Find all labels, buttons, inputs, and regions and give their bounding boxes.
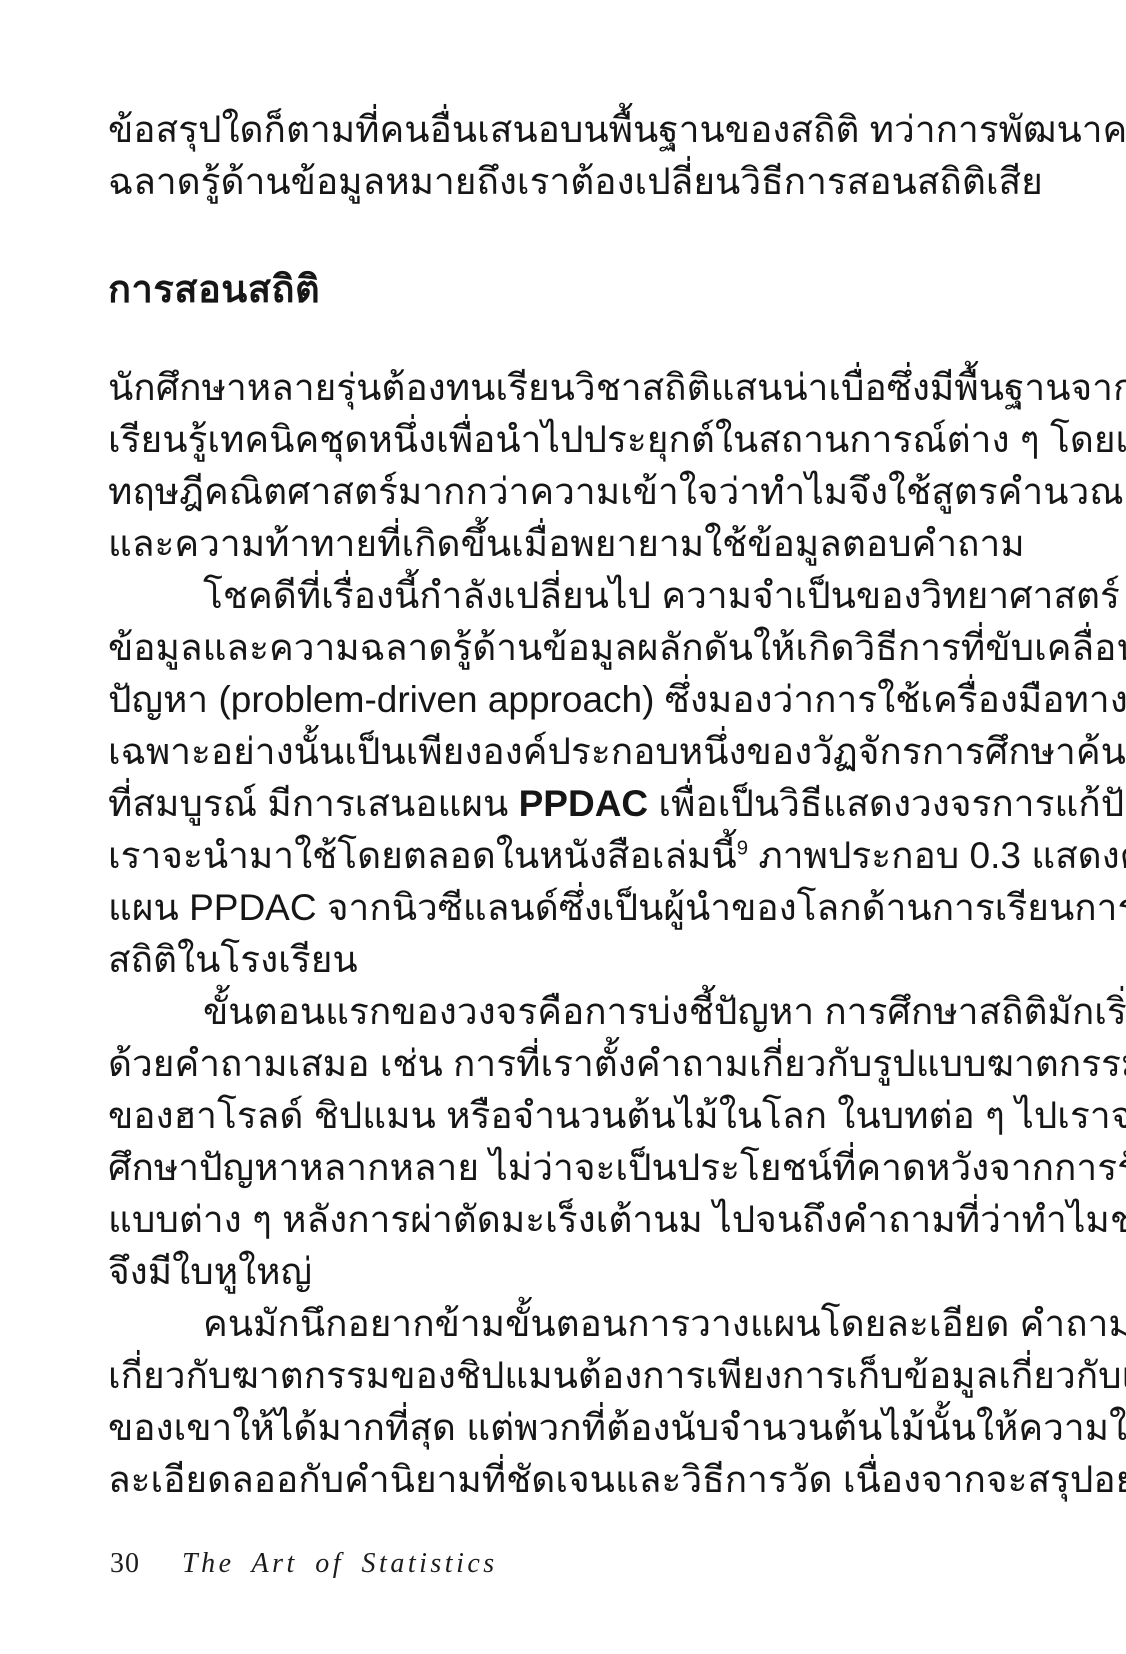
- text-segment: จึงมีใบหูใหญ่: [108, 1251, 312, 1292]
- paragraph: คนมักนึกอยากข้ามขั้นตอนการวางแผนโดยละเอี…: [108, 1298, 1008, 1506]
- text-line: เรียนรู้เทคนิคชุดหนึ่งเพื่อนำไปประยุกต์ใ…: [108, 414, 1008, 466]
- text-segment: ข้อมูลและความฉลาดรู้ด้านข้อมูลผลักดันให้…: [108, 627, 1126, 668]
- text-line: โชคดีที่เรื่องนี้กำลังเปลี่ยนไป ความจำเป…: [108, 570, 1008, 622]
- text-line: เราจะนำมาใช้โดยตลอดในหนังสือเล่มนี้9 ภาพ…: [108, 830, 1008, 882]
- text-line: เกี่ยวกับฆาตกรรมของชิปแมนต้องการเพียงการ…: [108, 1350, 1008, 1402]
- text-segment: คนมักนึกอยากข้ามขั้นตอนการวางแผนโดยละเอี…: [203, 1303, 1126, 1344]
- text-segment: ศึกษาปัญหาหลากหลาย ไม่ว่าจะเป็นประโยชน์ท…: [108, 1147, 1126, 1188]
- text-line: ขั้นตอนแรกของวงจรคือการบ่งชี้ปัญหา การศึ…: [108, 986, 1008, 1038]
- book-title: The Art of Statistics: [182, 1548, 498, 1579]
- section-heading: การสอนสถิติ: [108, 264, 1008, 316]
- text-line: แบบต่าง ๆ หลังการผ่าตัดมะเร็งเต้านม ไปจน…: [108, 1194, 1008, 1246]
- text-segment: เกี่ยวกับฆาตกรรมของชิปแมนต้องการเพียงการ…: [108, 1355, 1126, 1396]
- text-segment: ละเอียดลออกับคำนิยามที่ชัดเจนและวิธีการว…: [108, 1459, 1126, 1500]
- text-segment: โชคดีที่เรื่องนี้กำลังเปลี่ยนไป ความจำเป…: [203, 575, 1120, 616]
- text-line: จึงมีใบหูใหญ่: [108, 1246, 1008, 1298]
- text-line: ข้อมูลและความฉลาดรู้ด้านข้อมูลผลักดันให้…: [108, 622, 1008, 674]
- text-segment: ฉลาดรู้ด้านข้อมูลหมายถึงเราต้องเปลี่ยนวิ…: [108, 161, 1043, 202]
- text-segment: ภาพประกอบ 0.3 แสดงตัวอย่าง: [748, 835, 1126, 876]
- body-paragraphs: นักศึกษาหลายรุ่นต้องทนเรียนวิชาสถิติแสนน…: [108, 362, 1008, 1506]
- text-line: ของฮาโรลด์ ชิปแมน หรือจำนวนต้นไม้ในโลก ใ…: [108, 1090, 1008, 1142]
- page-number: 30: [110, 1548, 140, 1579]
- paragraph: นักศึกษาหลายรุ่นต้องทนเรียนวิชาสถิติแสนน…: [108, 362, 1008, 570]
- text-segment: ด้วยคำถามเสมอ เช่น การที่เราตั้งคำถามเกี…: [108, 1043, 1126, 1084]
- text-line: ที่สมบูรณ์ มีการเสนอแผน PPDAC เพื่อเป็นว…: [108, 778, 1008, 830]
- text-segment: ปัญหา (problem-driven approach) ซึ่งมองว…: [108, 679, 1126, 720]
- text-line: ของเขาให้ได้มากที่สุด แต่พวกที่ต้องนับจำ…: [108, 1402, 1008, 1454]
- text-segment: ที่สมบูรณ์ มีการเสนอแผน: [108, 783, 519, 824]
- text-segment: เรียนรู้เทคนิคชุดหนึ่งเพื่อนำไปประยุกต์ใ…: [108, 419, 1126, 460]
- text-line: ศึกษาปัญหาหลากหลาย ไม่ว่าจะเป็นประโยชน์ท…: [108, 1142, 1008, 1194]
- text-segment: ของเขาให้ได้มากที่สุด แต่พวกที่ต้องนับจำ…: [108, 1407, 1126, 1448]
- book-page: ข้อสรุปใดก็ตามที่คนอื่นเสนอบนพื้นฐานของส…: [0, 0, 1126, 1654]
- text-segment: ทฤษฎีคณิตศาสตร์มากกว่าความเข้าใจว่าทำไมจ…: [108, 471, 1126, 512]
- text-line: เฉพาะอย่างนั้นเป็นเพียงองค์ประกอบหนึ่งขอ…: [108, 726, 1008, 778]
- paragraph: ขั้นตอนแรกของวงจรคือการบ่งชี้ปัญหา การศึ…: [108, 986, 1008, 1298]
- paragraph: โชคดีที่เรื่องนี้กำลังเปลี่ยนไป ความจำเป…: [108, 570, 1008, 986]
- text-segment: ของฮาโรลด์ ชิปแมน หรือจำนวนต้นไม้ในโลก ใ…: [108, 1095, 1126, 1136]
- footnote-marker: 9: [737, 838, 748, 860]
- text-segment: เพื่อเป็นวิธีแสดงวงจรการแก้ปัญหาซึ่ง: [648, 783, 1126, 824]
- text-segment: และความท้าทายที่เกิดขึ้นเมื่อพยายามใช้ข้…: [108, 523, 1025, 564]
- text-line: คนมักนึกอยากข้ามขั้นตอนการวางแผนโดยละเอี…: [108, 1298, 1008, 1350]
- text-segment: ขั้นตอนแรกของวงจรคือการบ่งชี้ปัญหา การศึ…: [203, 991, 1126, 1032]
- lead-paragraph: ข้อสรุปใดก็ตามที่คนอื่นเสนอบนพื้นฐานของส…: [108, 104, 1008, 208]
- text-segment: ข้อสรุปใดก็ตามที่คนอื่นเสนอบนพื้นฐานของส…: [108, 109, 1126, 150]
- text-segment: สถิติในโรงเรียน: [108, 939, 358, 980]
- text-line: แผน PPDAC จากนิวซีแลนด์ซึ่งเป็นผู้นำของโ…: [108, 882, 1008, 934]
- text-segment: แผน PPDAC จากนิวซีแลนด์ซึ่งเป็นผู้นำของโ…: [108, 887, 1126, 928]
- text-line: ข้อสรุปใดก็ตามที่คนอื่นเสนอบนพื้นฐานของส…: [108, 104, 1008, 156]
- text-line: ฉลาดรู้ด้านข้อมูลหมายถึงเราต้องเปลี่ยนวิ…: [108, 156, 1008, 208]
- text-segment: PPDAC: [519, 783, 649, 824]
- text-line: ละเอียดลออกับคำนิยามที่ชัดเจนและวิธีการว…: [108, 1454, 1008, 1506]
- page-footer: 30The Art of Statistics: [110, 1546, 498, 1582]
- text-segment: แบบต่าง ๆ หลังการผ่าตัดมะเร็งเต้านม ไปจน…: [108, 1199, 1126, 1240]
- text-segment: เฉพาะอย่างนั้นเป็นเพียงองค์ประกอบหนึ่งขอ…: [108, 731, 1126, 772]
- text-line: และความท้าทายที่เกิดขึ้นเมื่อพยายามใช้ข้…: [108, 518, 1008, 570]
- page-body: ข้อสรุปใดก็ตามที่คนอื่นเสนอบนพื้นฐานของส…: [108, 104, 1008, 1506]
- text-line: ทฤษฎีคณิตศาสตร์มากกว่าความเข้าใจว่าทำไมจ…: [108, 466, 1008, 518]
- text-line: ด้วยคำถามเสมอ เช่น การที่เราตั้งคำถามเกี…: [108, 1038, 1008, 1090]
- text-line: สถิติในโรงเรียน: [108, 934, 1008, 986]
- text-segment: เราจะนำมาใช้โดยตลอดในหนังสือเล่มนี้: [108, 835, 737, 876]
- text-segment: นักศึกษาหลายรุ่นต้องทนเรียนวิชาสถิติแสนน…: [108, 367, 1126, 408]
- text-line: ปัญหา (problem-driven approach) ซึ่งมองว…: [108, 674, 1008, 726]
- text-line: นักศึกษาหลายรุ่นต้องทนเรียนวิชาสถิติแสนน…: [108, 362, 1008, 414]
